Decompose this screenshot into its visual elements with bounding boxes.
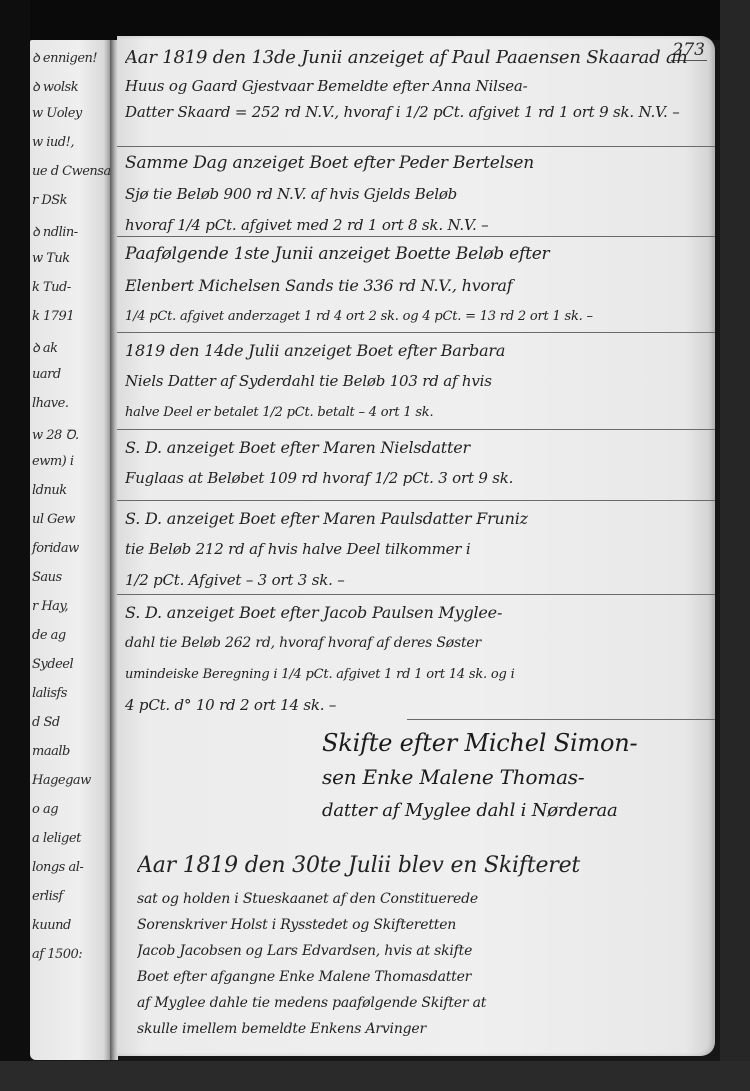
entry-line: S. D. anzeiget Boet efter Jacob Paulsen …: [125, 597, 705, 628]
left-page-text-fragment: w 28 Ꝺ.: [32, 425, 79, 443]
entry-2: Samme Dag anzeiget Boet efter Peder Bert…: [125, 148, 705, 241]
entry-line: dahl tie Beløb 262 rd, hvoraf hvoraf af …: [125, 628, 705, 659]
entry-line: Boet efter afgangne Enke Malene Thomasda…: [137, 964, 705, 990]
entry-6: S. D. anzeiget Boet efter Maren Paulsdat…: [125, 503, 705, 596]
scanner-top-edge: [0, 0, 750, 40]
left-page-text-fragment: ldnuk: [32, 483, 67, 498]
left-page-text-fragment: de ag: [32, 628, 66, 643]
left-page-text-fragment: erlisf: [32, 889, 63, 904]
entry-divider: [117, 146, 715, 147]
entry-line: Sjø tie Beløb 900 rd N.V. af hvis Gjelds…: [125, 179, 705, 210]
left-page-text-fragment: ꝺ ennigen!: [32, 48, 97, 66]
left-page-text-fragment: kuund: [32, 918, 71, 933]
left-page-text-fragment: longs al-: [32, 860, 83, 875]
entry-line: Niels Datter af Syderdahl tie Beløb 103 …: [125, 366, 705, 397]
entry-line: Samme Dag anzeiget Boet efter Peder Bert…: [125, 148, 705, 179]
left-page-text-fragment: ꝺ ndlin-: [32, 222, 78, 240]
left-page-text-fragment: Saus: [32, 570, 62, 585]
entry-line: sat og holden i Stueskaanet af den Const…: [137, 886, 705, 912]
entry-line: Aar 1819 den 13de Junii anzeiget af Paul…: [125, 42, 705, 73]
scanner-bottom-edge: [0, 1061, 750, 1091]
entry-line: Aar 1819 den 30te Julii blev en Skiftere…: [137, 846, 705, 886]
entry-line: Elenbert Michelsen Sands tie 336 rd N.V.…: [125, 270, 705, 301]
entry-line: 1/2 pCt. Afgivet – 3 ort 3 sk. –: [125, 565, 705, 596]
entry-line: Paafølgende 1ste Junii anzeiget Boette B…: [125, 239, 705, 270]
left-page-text-fragment: w Uoley: [32, 106, 82, 121]
skifte-heading: Skifte efter Michel Simon- sen Enke Male…: [322, 726, 705, 828]
entry-divider: [117, 236, 715, 237]
entry-divider: [117, 594, 715, 595]
entry-divider: [407, 719, 715, 720]
left-page-text-fragment: ewm) i: [32, 454, 74, 469]
left-page-text-fragment: r DSk: [32, 193, 67, 208]
entry-3: Paafølgende 1ste Junii anzeiget Boette B…: [125, 239, 705, 332]
entry-line: S. D. anzeiget Boet efter Maren Paulsdat…: [125, 503, 705, 534]
entry-line: tie Beløb 212 rd af hvis halve Deel tilk…: [125, 534, 705, 565]
entry-line: Sorenskriver Holst i Rysstedet og Skifte…: [137, 912, 705, 938]
left-page-text-fragment: Hagegaw: [32, 773, 91, 788]
left-page-text-fragment: maalb: [32, 744, 70, 759]
left-page-text-fragment: d Sd: [32, 715, 60, 730]
final-entry: Aar 1819 den 30te Julii blev en Skiftere…: [137, 846, 705, 1042]
scanner-left-edge: [0, 0, 30, 1091]
heading-line: datter af Myglee dahl i Nørderaa: [322, 794, 705, 828]
entry-divider: [117, 332, 715, 333]
entry-divider: [117, 429, 715, 430]
left-page-text-fragment: ꝺ wolsk: [32, 77, 78, 95]
scanner-right-edge: [720, 0, 750, 1091]
left-page-text-fragment: lhave.: [32, 396, 68, 411]
entry-line: skulle imellem bemeldte Enkens Arvinger: [137, 1016, 705, 1042]
entry-line: 1/4 pCt. afgivet anderzaget 1 rd 4 ort 2…: [125, 301, 705, 332]
entry-line: Fuglaas at Beløbet 109 rd hvoraf 1/2 pCt…: [125, 463, 705, 494]
entry-line: Huus og Gaard Gjestvaar Bemeldte efter A…: [125, 73, 705, 99]
left-page-text-fragment: af 1500:: [32, 947, 82, 962]
left-page-text-fragment: w Tuk: [32, 251, 70, 266]
entry-line: halve Deel er betalet 1/2 pCt. betalt – …: [125, 397, 705, 428]
left-page-text-fragment: Sydeel: [32, 657, 73, 672]
entry-line: umindeiske Beregning i 1/4 pCt. afgivet …: [125, 659, 705, 690]
left-page-text-fragment: w iud!,: [32, 135, 74, 150]
right-page: 273 Aar 1819 den 13de Junii anzeiget af …: [117, 36, 715, 1056]
entry-1: Aar 1819 den 13de Junii anzeiget af Paul…: [125, 42, 705, 125]
left-page-text-fragment: o ag: [32, 802, 58, 817]
entry-line: 4 pCt. d° 10 rd 2 ort 14 sk. –: [125, 690, 705, 721]
heading-line: Skifte efter Michel Simon-: [322, 726, 705, 760]
left-page-text-fragment: ꝺ ak: [32, 338, 58, 356]
left-page-text-fragment: ue d Cwensa: [32, 164, 111, 179]
left-page-fragment: ꝺ ennigen!ꝺ wolskw Uoleyw iud!,ue d Cwen…: [30, 40, 112, 1060]
left-page-text-fragment: a leliget: [32, 831, 81, 846]
entry-line: Datter Skaard = 252 rd N.V., hvoraf i 1/…: [125, 99, 705, 125]
left-page-text-fragment: k Tud-: [32, 280, 71, 295]
entry-4: 1819 den 14de Julii anzeiget Boet efter …: [125, 335, 705, 428]
left-page-text-fragment: r Hay,: [32, 599, 68, 614]
left-page-text-fragment: lalisfs: [32, 686, 67, 701]
entry-divider: [117, 500, 715, 501]
left-page-text-fragment: foridaw: [32, 541, 79, 556]
left-page-text-fragment: k 1791: [32, 309, 74, 324]
entry-line: 1819 den 14de Julii anzeiget Boet efter …: [125, 335, 705, 366]
entry-line: af Myglee dahle tie medens paafølgende S…: [137, 990, 705, 1016]
heading-line: sen Enke Malene Thomas-: [322, 760, 705, 794]
entry-line: Jacob Jacobsen og Lars Edvardsen, hvis a…: [137, 938, 705, 964]
entry-5: S. D. anzeiget Boet efter Maren Nielsdat…: [125, 432, 705, 494]
entry-line: S. D. anzeiget Boet efter Maren Nielsdat…: [125, 432, 705, 463]
left-page-text-fragment: uard: [32, 367, 61, 382]
left-page-text-fragment: ul Gew: [32, 512, 75, 527]
entry-7: S. D. anzeiget Boet efter Jacob Paulsen …: [125, 597, 705, 721]
